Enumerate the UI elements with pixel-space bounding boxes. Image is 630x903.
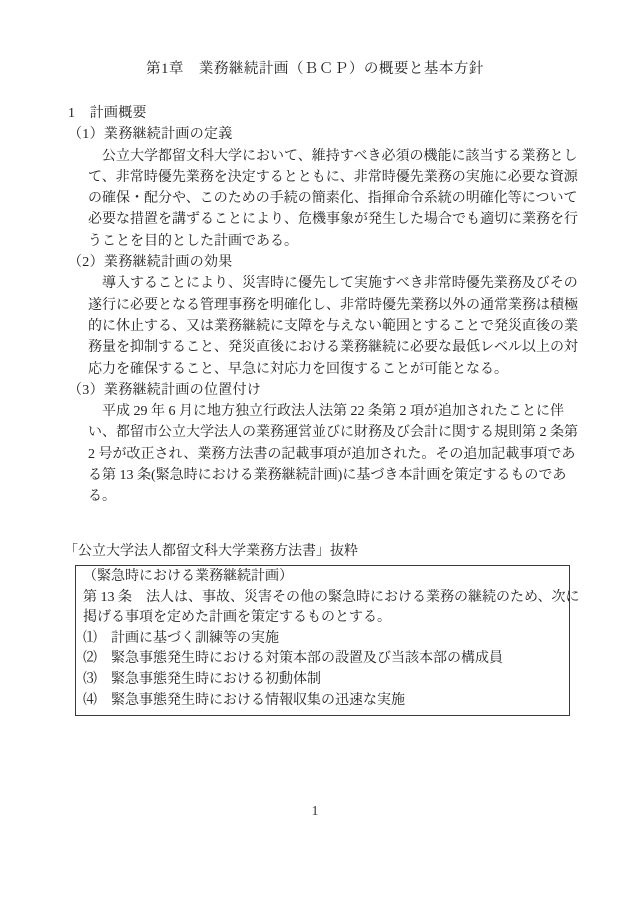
paragraph-line: 公立大学都留文科大学において、維持すべき必須の機能に該当する業務とし xyxy=(88,146,570,167)
paragraph-line: 的に休止する、又は業務継続に支障を与えない範囲とすることで発災直後の業 xyxy=(88,316,570,337)
subsection-heading-positioning: （3）業務継続計画の位置付け xyxy=(68,380,570,401)
page-number: 1 xyxy=(0,803,630,819)
document-body: 1 計画概要 （1）業務継続計画の定義 公立大学都留文科大学において、維持すべき… xyxy=(68,103,570,716)
paragraph-definition: 公立大学都留文科大学において、維持すべき必須の機能に該当する業務とし て、非常時… xyxy=(88,146,570,252)
excerpt-caption: 「公立大学法人都留文科大学業務方法書」抜粋 xyxy=(64,541,570,562)
article-item: ⑴ 計画に基づく訓練等の実施 xyxy=(83,629,563,650)
paragraph-line: 2 号が改正され、業務方法書の記載事項が追加された。その追加記載事項であ xyxy=(88,444,570,465)
page-title: 第1章 業務継続計画（ＢＣＰ）の概要と基本方針 xyxy=(0,0,630,78)
article-item: ⑶ 緊急事態発生時における初動体制 xyxy=(83,670,563,691)
paragraph-line: 必要な措置を講ずることにより、危機事象が発生した場合でも適切に業務を行 xyxy=(88,209,570,230)
article-line: 掲げる事項を定めた計画を策定するものとする。 xyxy=(83,608,563,629)
paragraph-line: 務量を抑制すること、発災直後における業務継続に必要な最低レベル以上の対 xyxy=(88,337,570,358)
paragraph-line: 導入することにより、災害時に優先して実施すべき非常時優先業務及びその xyxy=(88,273,570,294)
paragraph-line: い、都留市公立大学法人の業務運営並びに財務及び会計に関する規則第 2 条第 xyxy=(88,422,570,443)
paragraph-line: 平成 29 年 6 月に地方独立行政法人法第 22 条第 2 項が追加されたこと… xyxy=(88,401,570,422)
excerpt-box-subtitle: （緊急時における業務継続計画） xyxy=(83,567,563,588)
subsection-heading-effect: （2）業務継続計画の効果 xyxy=(68,252,570,273)
paragraph-line: うことを目的とした計画である。 xyxy=(88,231,570,252)
subsection-heading-definition: （1）業務継続計画の定義 xyxy=(68,124,570,145)
paragraph-effect: 導入することにより、災害時に優先して実施すべき非常時優先業務及びその 遂行に必要… xyxy=(88,273,570,379)
article-item: ⑷ 緊急事態発生時における情報収集の迅速な実施 xyxy=(83,691,563,712)
paragraph-line: 遂行に必要となる管理事務を明確化し、非常時優先業務以外の通常業務は積極 xyxy=(88,295,570,316)
paragraph-line: る第 13 条(緊急時における業務継続計画)に基づき本計画を策定するものであ xyxy=(88,465,570,486)
paragraph-line: て、非常時優先業務を決定するとともに、非常時優先業務の実施に必要な資源 xyxy=(88,167,570,188)
article-item: ⑵ 緊急事態発生時における対策本部の設置及び当該本部の構成員 xyxy=(83,649,563,670)
article-line: 第 13 条 法人は、事故、災害その他の緊急時における業務の継続のため、次に xyxy=(83,588,563,609)
excerpt-box: （緊急時における業務継続計画） 第 13 条 法人は、事故、災害その他の緊急時に… xyxy=(75,565,570,716)
paragraph-line: の確保・配分や、このための手続の簡素化、指揮命令系統の明確化等について xyxy=(88,188,570,209)
paragraph-line: る。 xyxy=(88,486,570,507)
section-heading: 1 計画概要 xyxy=(68,103,570,124)
document-page: 第1章 業務継続計画（ＢＣＰ）の概要と基本方針 1 計画概要 （1）業務継続計画… xyxy=(0,0,630,903)
paragraph-positioning: 平成 29 年 6 月に地方独立行政法人法第 22 条第 2 項が追加されたこと… xyxy=(88,401,570,507)
paragraph-line: 応力を確保すること、早急に対応力を回復することが可能となる。 xyxy=(88,359,570,380)
